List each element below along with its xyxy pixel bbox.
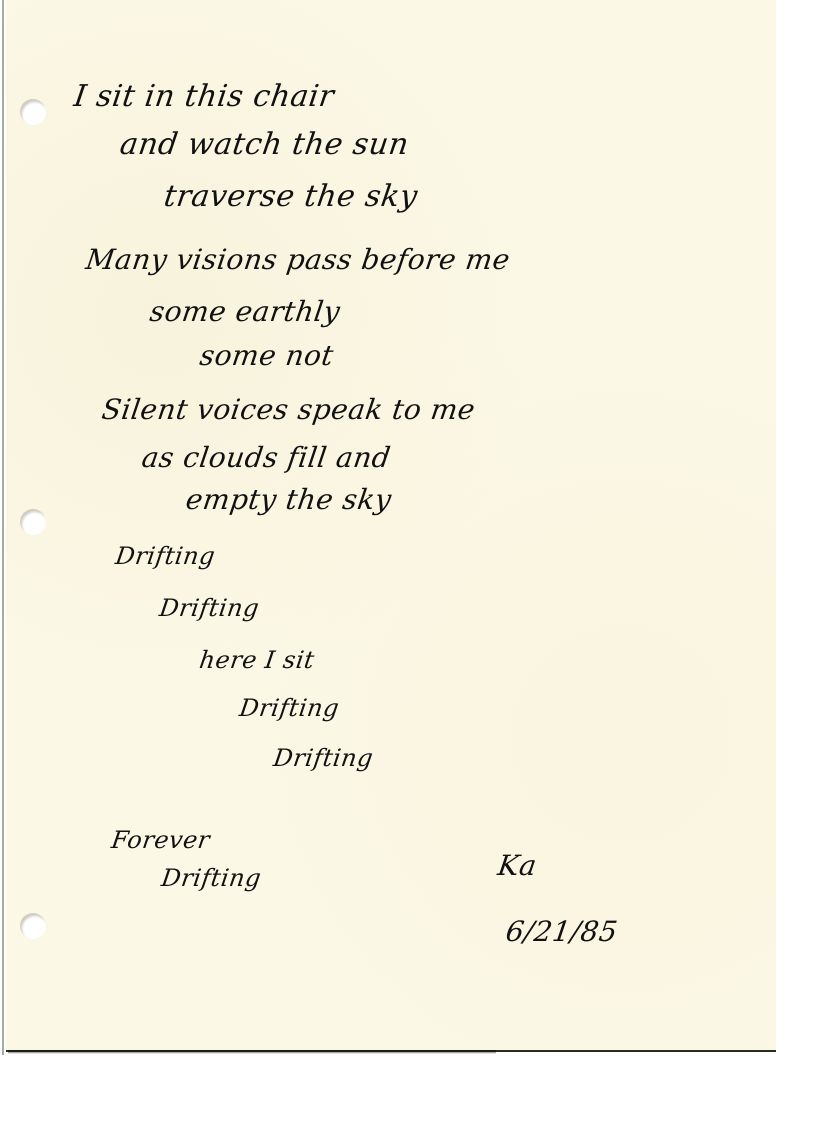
- paper-sheet: I sit in this chair and watch the sun tr…: [6, 0, 776, 1052]
- paper-bottom-shadow: [8, 1050, 496, 1054]
- scan-edge: [2, 0, 4, 1055]
- poem-line: I sit in this chair: [72, 82, 336, 112]
- hole-punch-middle: [20, 509, 46, 535]
- poem-line: Drifting: [114, 544, 217, 568]
- poem-line: some earthly: [148, 298, 342, 326]
- hole-punch-top: [20, 99, 46, 125]
- poem-line: Drifting: [272, 746, 375, 770]
- poem-line: Silent voices speak to me: [100, 396, 477, 424]
- poem-line: here I sit: [198, 648, 316, 672]
- poem-line: traverse the sky: [162, 182, 419, 212]
- poem-line: Many visions pass before me: [84, 246, 512, 274]
- poem-line: empty the sky: [184, 486, 393, 514]
- poem-line: Drifting: [238, 696, 341, 720]
- poem-line: as clouds fill and: [140, 444, 392, 472]
- poem-line: Drifting: [160, 866, 263, 890]
- signature-initials: Ka: [496, 852, 539, 880]
- signature-date: 6/21/85: [504, 918, 619, 946]
- hole-punch-bottom: [20, 913, 46, 939]
- poem-line: and watch the sun: [118, 130, 411, 160]
- poem-line: some not: [198, 342, 335, 370]
- poem-line: Drifting: [158, 596, 261, 620]
- poem-line: Forever: [110, 828, 212, 852]
